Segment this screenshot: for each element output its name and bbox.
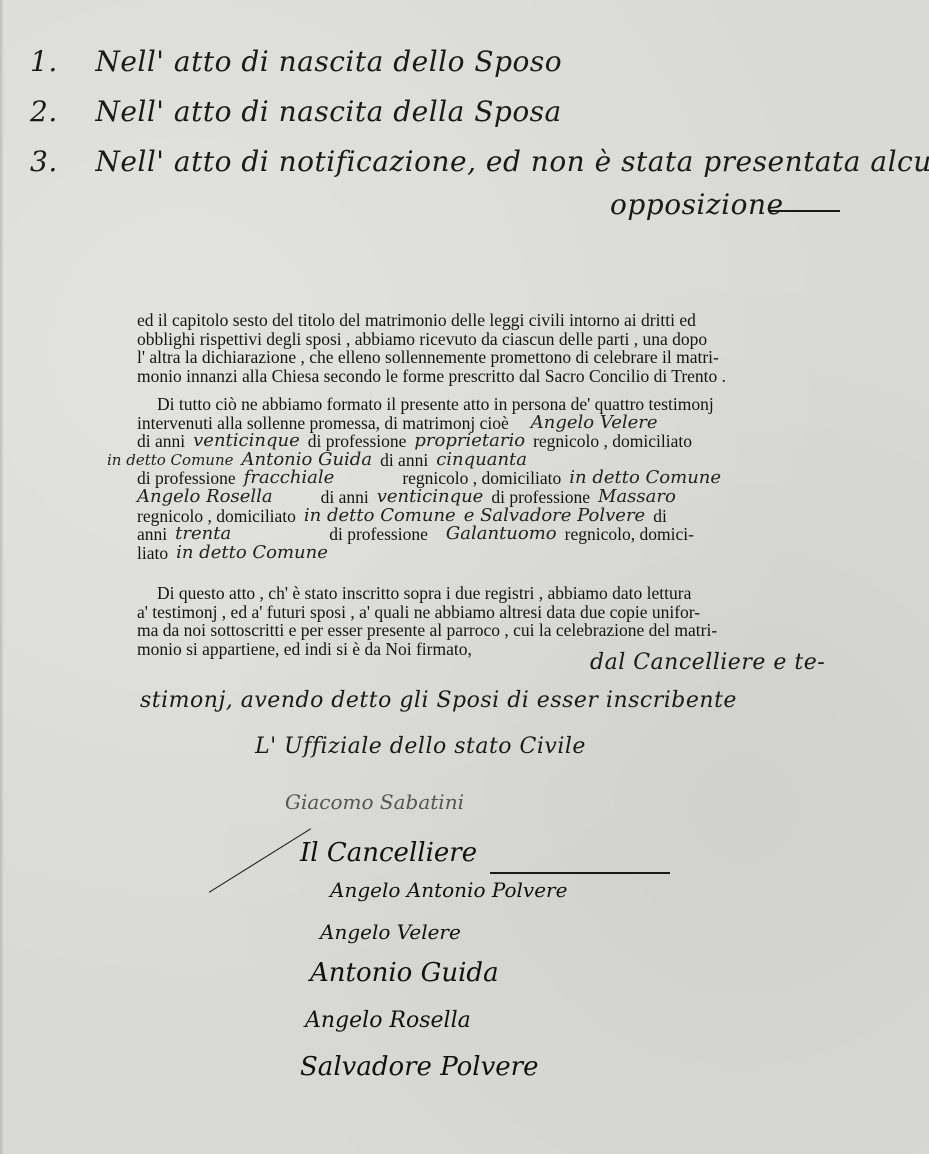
printed-paragraph-1: ed il capitolo sesto del titolo del matr… [137, 311, 897, 385]
printed-text: di anni [137, 432, 185, 451]
header-note-number: 3. [30, 145, 58, 178]
witness-3-age: venticinque [377, 488, 484, 507]
header-note-number: 1. [30, 45, 58, 78]
witness-4-profession: Galantuomo [446, 525, 557, 544]
signature-witness-2: Antonio Guida [310, 958, 499, 988]
printed-line: obblighi rispettivi degli sposi , abbiam… [137, 330, 897, 349]
printed-text: di professione [329, 525, 428, 544]
closing-line-3: L' Uffiziale dello stato Civile [255, 734, 586, 759]
witnesses-paragraph: Di tutto ciò ne abbiamo formato il prese… [137, 395, 897, 562]
header-note-4: opposizione [610, 188, 784, 221]
printed-paragraph-3: Di questo atto , ch' è stato inscritto s… [137, 584, 897, 658]
printed-line: Di questo atto , ch' è stato inscritto s… [137, 584, 897, 603]
document-page: 1. Nell' atto di nascita dello Sposo 2. … [0, 0, 929, 1154]
signature-witness-3: Angelo Rosella [305, 1008, 471, 1033]
printed-text: di professione [491, 488, 590, 507]
witness-4-domicile: in detto Comune [176, 544, 328, 563]
header-note-text: Nell' atto di nascita dello Sposo [95, 45, 562, 78]
printed-text: di [653, 507, 667, 526]
signature-officer: Giacomo Sabatini [285, 790, 464, 814]
page-edge-shadow [0, 0, 4, 1154]
signature-witness-4: Salvadore Polvere [300, 1052, 539, 1082]
flourish-line [770, 210, 840, 212]
witness-3-domicile: in detto Comune [304, 507, 456, 526]
witness-line-3: di anni venticinque di professione propr… [137, 432, 897, 451]
signature-clerk-title: Il Cancelliere [300, 838, 477, 868]
header-note-3: 3. Nell' atto di notificazione, ed non è… [30, 145, 929, 178]
witness-line-4: in detto Comune Antonio Guida di anni ci… [107, 451, 897, 470]
witness-1-age: venticinque [193, 432, 300, 451]
printed-text: anni [137, 525, 167, 544]
printed-line: ed il capitolo sesto del titolo del matr… [137, 311, 897, 330]
witness-1-profession: proprietario [414, 432, 525, 451]
header-note-text: Nell' atto di notificazione, ed non è st… [95, 145, 929, 178]
header-note-1: 1. Nell' atto di nascita dello Sposo [30, 45, 562, 78]
printed-text: di anni [321, 488, 369, 507]
header-note-text: Nell' atto di nascita della Sposa [95, 95, 561, 128]
witness-2-age: cinquanta [436, 451, 527, 470]
signature-clerk: Angelo Antonio Polvere [330, 878, 567, 902]
signature-underline [490, 872, 670, 874]
header-note-number: 2. [30, 95, 58, 128]
closing-continuation: dal Cancelliere e te- [590, 650, 825, 675]
printed-text: liato [137, 544, 168, 563]
printed-line: ma da noi sottoscritti e per esser prese… [137, 621, 897, 640]
printed-text: di professione [308, 432, 407, 451]
witness-line-9: liato in detto Comune [137, 544, 897, 563]
witness-line-6: Angelo Rosella di anni venticinque di pr… [137, 488, 897, 507]
header-note-2: 2. Nell' atto di nascita della Sposa [30, 95, 562, 128]
printed-text: regnicolo , domiciliato [533, 432, 692, 451]
closing-line-2: stimonj, avendo detto gli Sposi di esser… [140, 688, 737, 713]
signature-stroke [209, 828, 311, 892]
printed-text: di anni [380, 451, 428, 470]
printed-line: a' testimonj , ed a' futuri sposi , a' q… [137, 603, 897, 622]
printed-line: monio innanzi alla Chiesa secondo le for… [137, 367, 897, 386]
witness-line-8: anni trenta di professione Galantuomo re… [137, 525, 897, 544]
printed-line: Di tutto ciò ne abbiamo formato il prese… [137, 395, 897, 414]
printed-line: l' altra la dichiarazione , che elleno s… [137, 348, 897, 367]
header-note-text: opposizione [610, 188, 784, 221]
witness-1-domicile: in detto Comune [107, 451, 234, 470]
witness-3-profession: Massaro [598, 488, 676, 507]
printed-text: regnicolo, domici- [565, 525, 694, 544]
signature-witness-1: Angelo Velere [320, 920, 461, 944]
witness-3-name: Angelo Rosella [137, 488, 273, 507]
witness-1-name: Angelo Velere [531, 414, 658, 433]
printed-text: monio si appartiene, ed indi si è da Noi… [137, 640, 472, 659]
witness-4-age: trenta [175, 525, 231, 544]
